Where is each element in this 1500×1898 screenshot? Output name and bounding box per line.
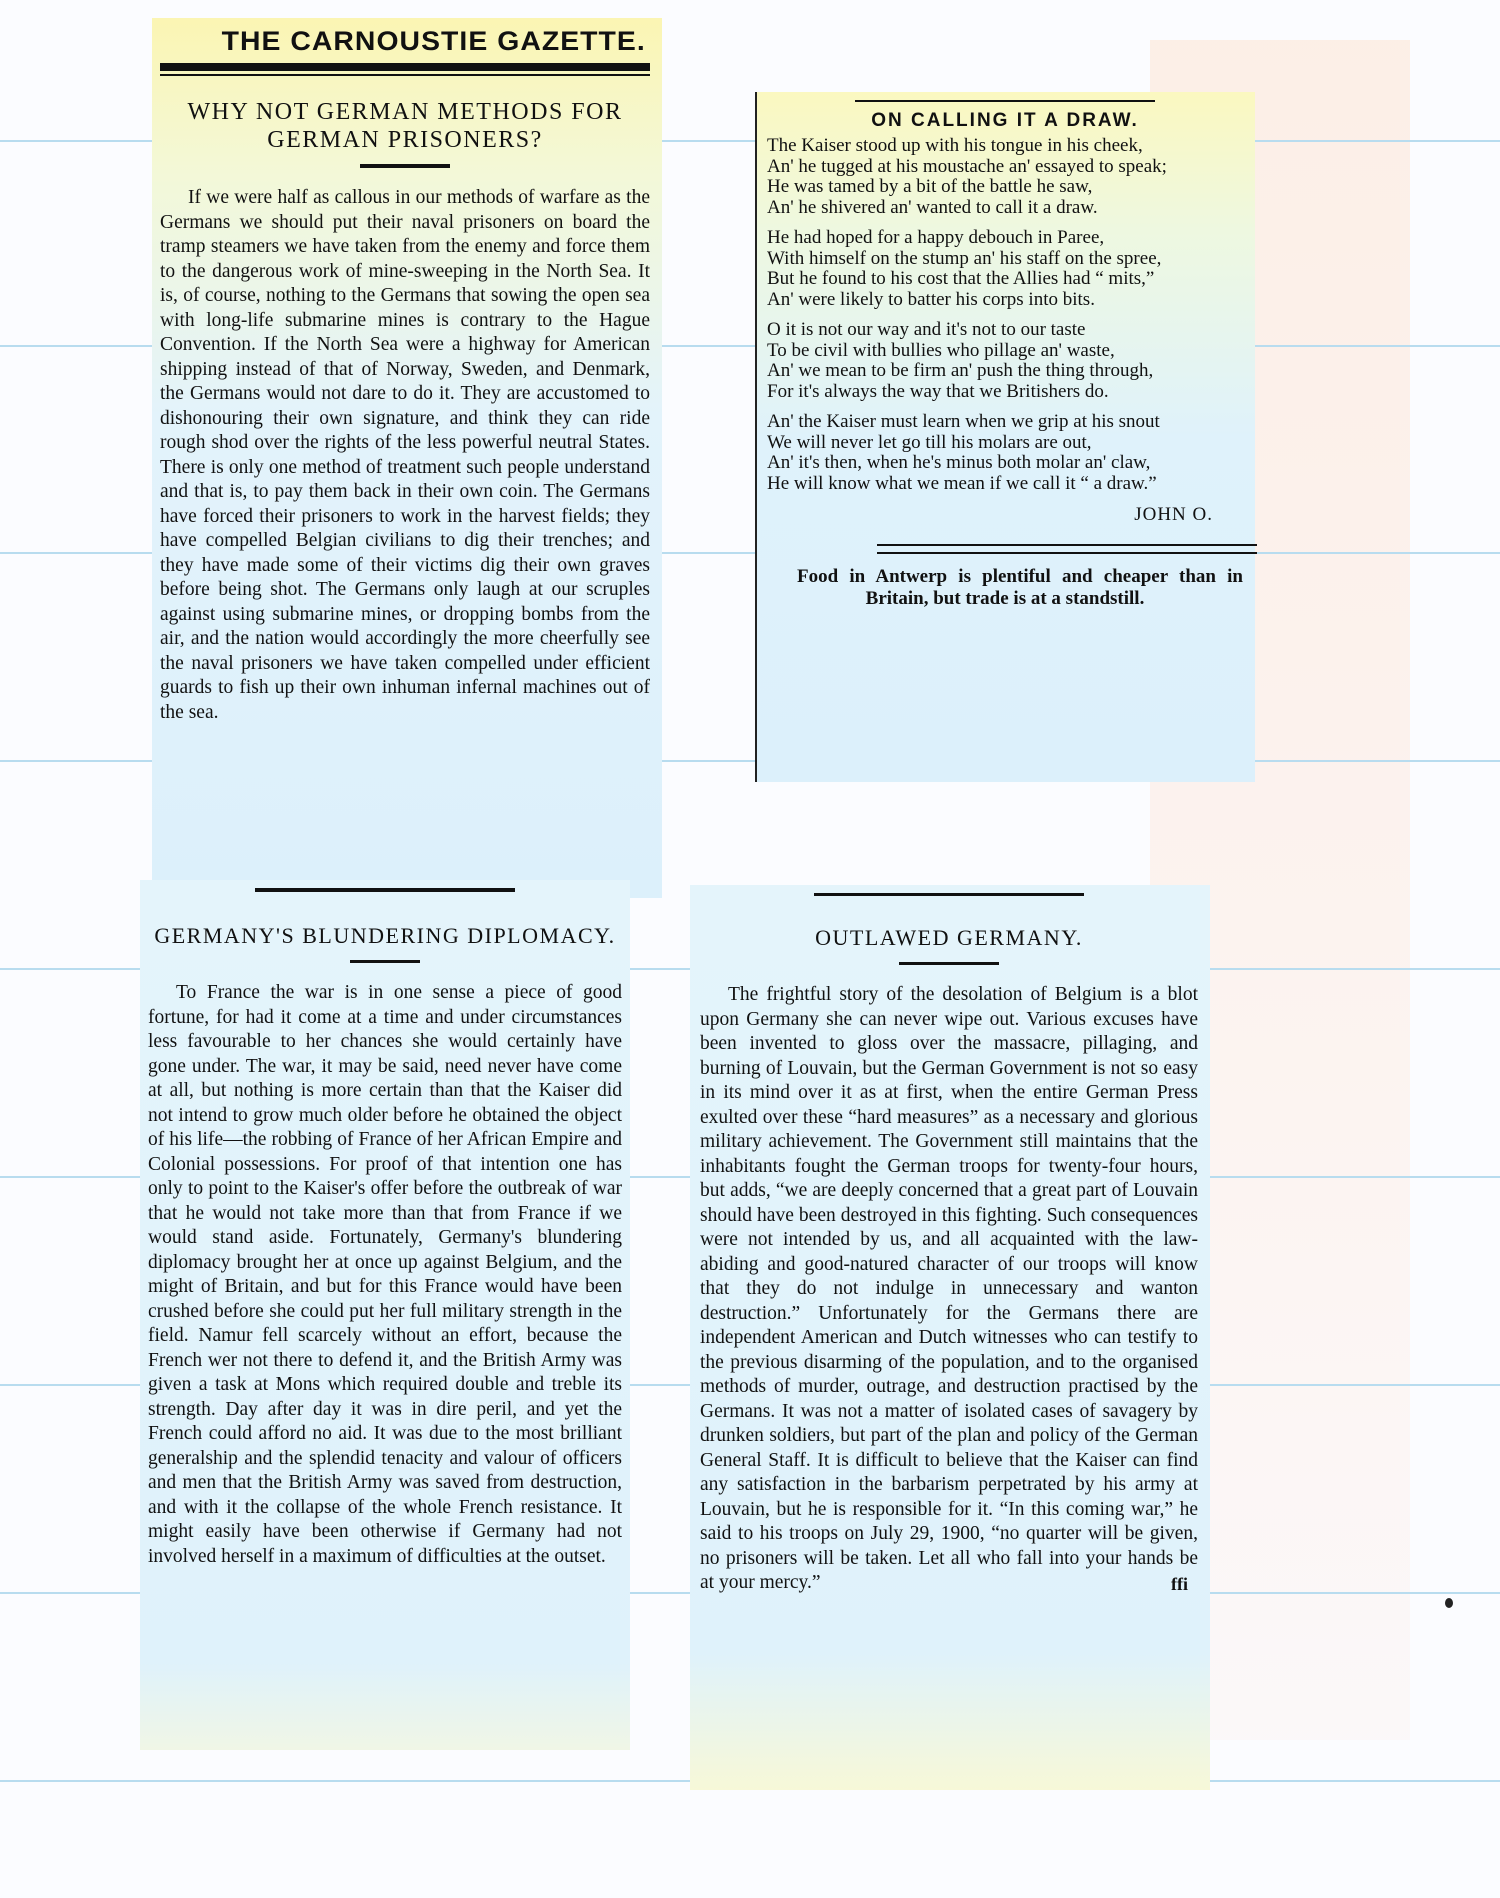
poem-body: The Kaiser stood up with his tongue in h… [767,136,1243,494]
divider [360,164,450,168]
article-body: To France the war is in one sense a piec… [148,981,622,1569]
news-note: Food in Antwerp is plentiful and cheaper… [767,566,1243,610]
clipping-outlawed-germany: OUTLAWED GERMANY. The frightful story of… [690,885,1210,1790]
divider [899,962,999,965]
article-body: If we were half as callous in our method… [160,186,650,725]
divider [814,893,1084,896]
newspaper-masthead: THE CARNOUSTIE GAZETTE. [136,18,651,63]
poem-stanza: O it is not our way and it's not to our … [767,320,1243,402]
clipping-on-calling-it-a-draw: ON CALLING IT A DRAW. The Kaiser stood u… [755,92,1255,782]
masthead-rule-thin [160,74,650,76]
divider [855,100,1155,102]
poem-stanza: An' the Kaiser must learn when we grip a… [767,412,1243,494]
poem-stanza: The Kaiser stood up with his tongue in h… [767,136,1243,218]
divider [350,960,420,963]
poem-author: JOHN O. [767,504,1213,526]
article-headline: WHY NOT GERMAN METHODS FOR GERMAN PRISON… [160,98,650,154]
clipping-germanys-blundering-diplomacy: GERMANY'S BLUNDERING DIPLOMACY. To Franc… [140,880,630,1750]
ink-spot [1445,1598,1453,1608]
divider [255,888,515,892]
article-body: The frightful story of the desolation of… [700,983,1198,1596]
masthead-rule [160,63,650,71]
article-headline: OUTLAWED GERMANY. [700,924,1198,952]
poem-stanza: He had hoped for a happy debouch in Pare… [767,228,1243,310]
poem-title: ON CALLING IT A DRAW. [767,110,1243,132]
article-headline: GERMANY'S BLUNDERING DIPLOMACY. [148,922,622,950]
divider [877,544,1257,554]
clipping-why-not-german-methods: THE CARNOUSTIE GAZETTE. WHY NOT GERMAN M… [152,18,662,898]
